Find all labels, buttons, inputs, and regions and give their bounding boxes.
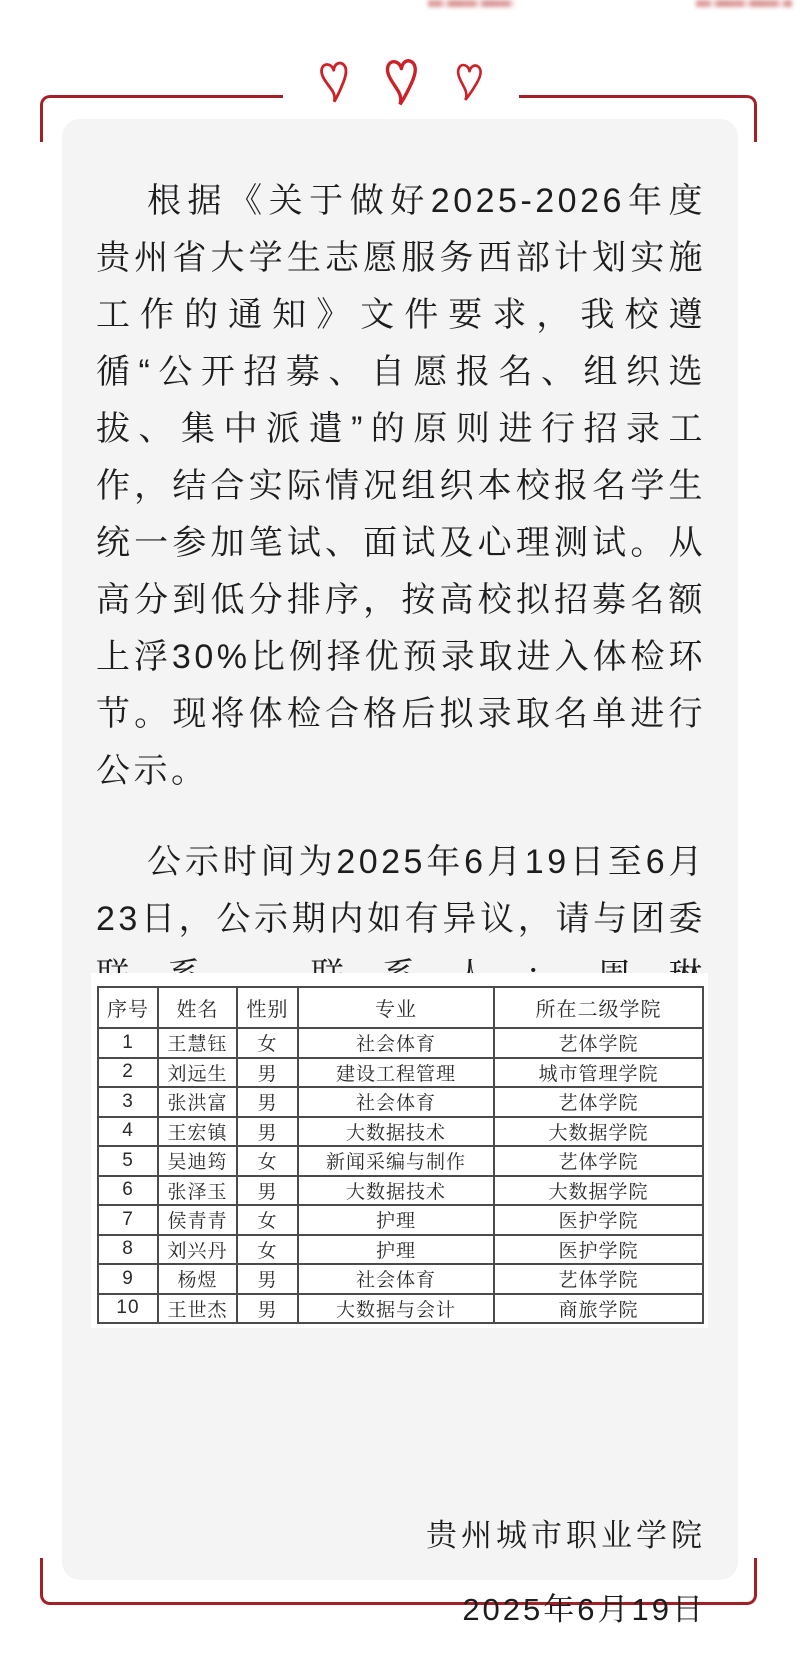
- top-artifact: [696, 0, 792, 7]
- heart-icon: [380, 56, 422, 107]
- signature-block: 贵州城市职业学院 2025年6月19日: [106, 1514, 706, 1632]
- table-header-cell: 所在二级学院: [494, 987, 703, 1028]
- table-cell: 1: [98, 1028, 158, 1058]
- table-cell: 王宏镇: [158, 1117, 237, 1147]
- roster-table-panel: 序号姓名性别专业所在二级学院 1王慧钰女社会体育艺体学院2刘远生男建设工程管理城…: [91, 973, 708, 1328]
- table-cell: 艺体学院: [494, 1264, 703, 1294]
- table-cell: 4: [98, 1117, 158, 1147]
- table-cell: 女: [237, 1205, 298, 1235]
- roster-table: 序号姓名性别专业所在二级学院 1王慧钰女社会体育艺体学院2刘远生男建设工程管理城…: [97, 986, 704, 1324]
- table-cell: 医护学院: [494, 1235, 703, 1265]
- table-cell: 男: [237, 1264, 298, 1294]
- table-cell: 女: [237, 1146, 298, 1176]
- table-cell: 刘远生: [158, 1058, 237, 1088]
- table-cell: 大数据技术: [298, 1176, 494, 1206]
- table-cell: 王慧钰: [158, 1028, 237, 1058]
- table-cell: 新闻采编与制作: [298, 1146, 494, 1176]
- table-cell: 杨煜: [158, 1264, 237, 1294]
- table-cell: 男: [237, 1176, 298, 1206]
- table-row: 10王世杰男大数据与会计商旅学院: [98, 1294, 703, 1324]
- table-header-cell: 序号: [98, 987, 158, 1028]
- table-row: 1王慧钰女社会体育艺体学院: [98, 1028, 703, 1058]
- table-header-row: 序号姓名性别专业所在二级学院: [98, 987, 703, 1028]
- heart-icon: [315, 59, 353, 106]
- table-cell: 张泽玉: [158, 1176, 237, 1206]
- signature-date: 2025年6月19日: [106, 1588, 706, 1632]
- table-cell: 吴迪筠: [158, 1146, 237, 1176]
- table-header-cell: 专业: [298, 987, 494, 1028]
- table-cell: 7: [98, 1205, 158, 1235]
- table-cell: 社会体育: [298, 1028, 494, 1058]
- table-row: 3张洪富男社会体育艺体学院: [98, 1087, 703, 1117]
- table-row: 2刘远生男建设工程管理城市管理学院: [98, 1058, 703, 1088]
- table-cell: 大数据学院: [494, 1176, 703, 1206]
- table-cell: 社会体育: [298, 1087, 494, 1117]
- table-cell: 商旅学院: [494, 1294, 703, 1324]
- table-row: 8刘兴丹女护理医护学院: [98, 1235, 703, 1265]
- table-header-cell: 姓名: [158, 987, 237, 1028]
- announcement-page: 根据《关于做好2025-2026年度贵州省大学生志愿服务西部计划实施工作的通知》…: [0, 0, 800, 1674]
- table-cell: 城市管理学院: [494, 1058, 703, 1088]
- table-row: 9杨煜男社会体育艺体学院: [98, 1264, 703, 1294]
- table-cell: 6: [98, 1176, 158, 1206]
- table-cell: 5: [98, 1146, 158, 1176]
- table-cell: 男: [237, 1294, 298, 1324]
- table-body: 1王慧钰女社会体育艺体学院2刘远生男建设工程管理城市管理学院3张洪富男社会体育艺…: [98, 1028, 703, 1323]
- table-row: 4王宏镇男大数据技术大数据学院: [98, 1117, 703, 1147]
- hearts-decoration: [283, 48, 519, 116]
- table-cell: 男: [237, 1058, 298, 1088]
- table-cell: 10: [98, 1294, 158, 1324]
- table-cell: 男: [237, 1117, 298, 1147]
- table-cell: 医护学院: [494, 1205, 703, 1235]
- table-cell: 张洪富: [158, 1087, 237, 1117]
- top-artifact: [428, 0, 514, 7]
- table-cell: 9: [98, 1264, 158, 1294]
- table-cell: 女: [237, 1028, 298, 1058]
- table-cell: 刘兴丹: [158, 1235, 237, 1265]
- table-row: 5吴迪筠女新闻采编与制作艺体学院: [98, 1146, 703, 1176]
- heart-icon: [451, 61, 485, 104]
- table-cell: 社会体育: [298, 1264, 494, 1294]
- table-cell: 艺体学院: [494, 1087, 703, 1117]
- table-cell: 大数据学院: [494, 1117, 703, 1147]
- notice-body: 根据《关于做好2025-2026年度贵州省大学生志愿服务西部计划实施工作的通知》…: [96, 173, 706, 1062]
- notice-paragraph-1: 根据《关于做好2025-2026年度贵州省大学生志愿服务西部计划实施工作的通知》…: [96, 173, 706, 800]
- table-cell: 3: [98, 1087, 158, 1117]
- table-cell: 建设工程管理: [298, 1058, 494, 1088]
- table-cell: 2: [98, 1058, 158, 1088]
- table-row: 7侯青青女护理医护学院: [98, 1205, 703, 1235]
- table-cell: 男: [237, 1087, 298, 1117]
- table-cell: 护理: [298, 1235, 494, 1265]
- table-cell: 艺体学院: [494, 1028, 703, 1058]
- table-row: 6张泽玉男大数据技术大数据学院: [98, 1176, 703, 1206]
- signature-school: 贵州城市职业学院: [106, 1514, 706, 1558]
- table-cell: 大数据与会计: [298, 1294, 494, 1324]
- table-cell: 护理: [298, 1205, 494, 1235]
- notice-card: 根据《关于做好2025-2026年度贵州省大学生志愿服务西部计划实施工作的通知》…: [62, 119, 738, 1580]
- table-header-cell: 性别: [237, 987, 298, 1028]
- table-cell: 大数据技术: [298, 1117, 494, 1147]
- table-cell: 8: [98, 1235, 158, 1265]
- table-cell: 女: [237, 1235, 298, 1265]
- table-cell: 王世杰: [158, 1294, 237, 1324]
- table-cell: 侯青青: [158, 1205, 237, 1235]
- table-cell: 艺体学院: [494, 1146, 703, 1176]
